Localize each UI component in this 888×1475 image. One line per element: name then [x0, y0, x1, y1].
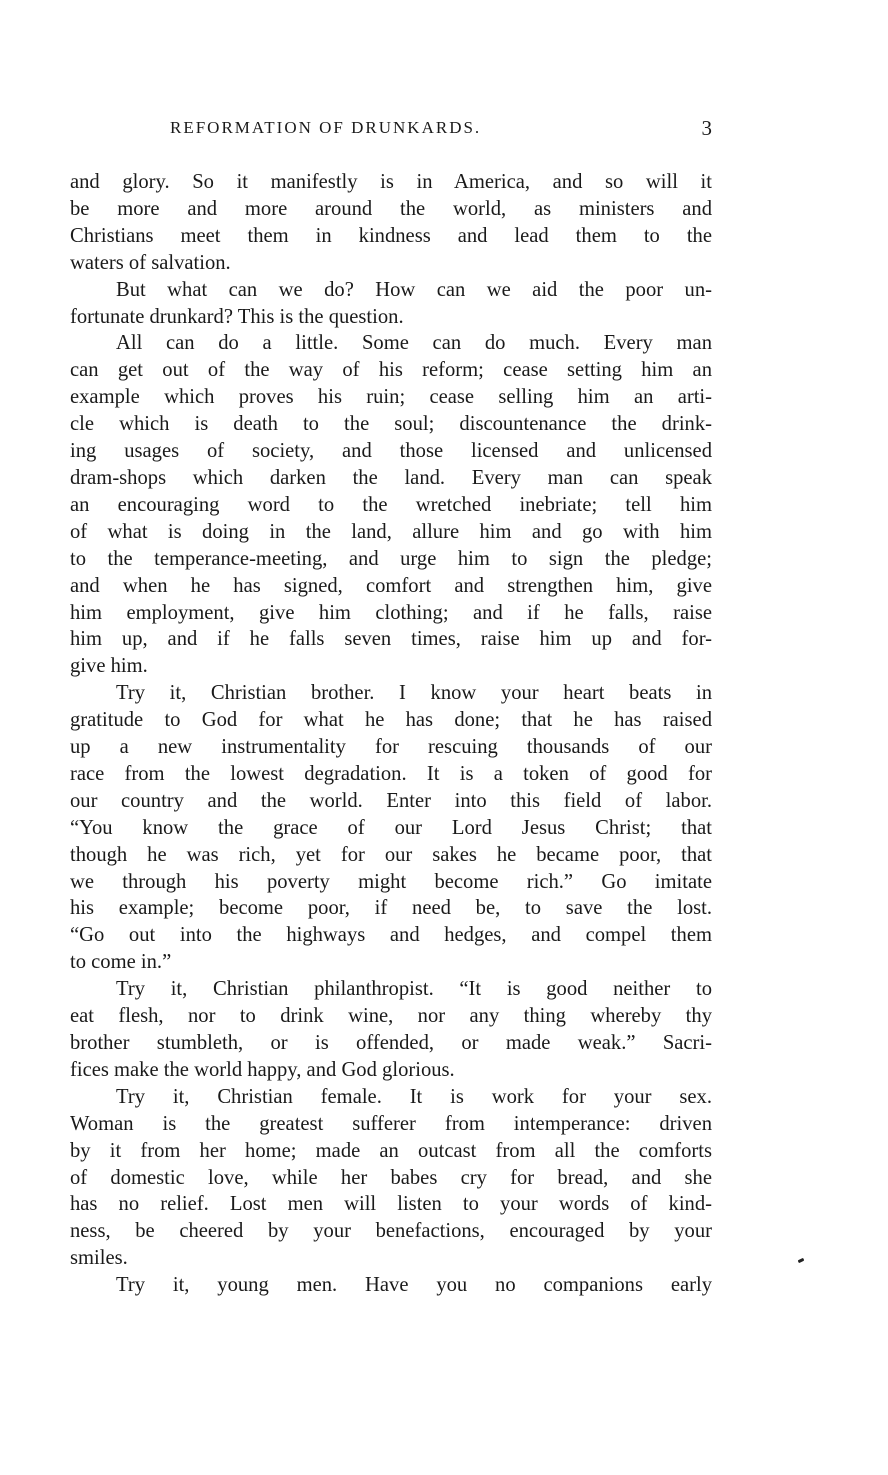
paragraph: Try it, Christian brother. I know your h… [70, 680, 712, 976]
text-line: him employment, give him clothing; and i… [70, 600, 712, 627]
paragraph: Try it, young men. Have you no companion… [70, 1272, 712, 1299]
text-line: our country and the world. Enter into th… [70, 788, 712, 815]
text-line: ness, be cheered by your benefactions, e… [70, 1218, 712, 1245]
text-line: we through his poverty might become rich… [70, 869, 712, 896]
text-line: Try it, Christian brother. I know your h… [70, 680, 712, 707]
text-line: of what is doing in the land, allure him… [70, 519, 712, 546]
text-line: to the temperance-meeting, and urge him … [70, 546, 712, 573]
text-line: gratitude to God for what he has done; t… [70, 707, 712, 734]
text-line: Christians meet them in kindness and lea… [70, 223, 712, 250]
paragraph: Try it, Christian female. It is work for… [70, 1084, 712, 1272]
text-line: “You know the grace of our Lord Jesus Ch… [70, 815, 712, 842]
book-page: REFORMATION OF DRUNKARDS. 3 and glory. S… [70, 116, 712, 1299]
text-line: But what can we do? How can we aid the p… [70, 277, 712, 304]
text-line: Try it, Christian philanthropist. “It is… [70, 976, 712, 1003]
text-line: to come in.” [70, 949, 712, 976]
text-line: fortunate drunkard? This is the question… [70, 304, 712, 331]
text-line: brother stumbleth, or is offended, or ma… [70, 1030, 712, 1057]
text-line: up a new instrumentality for rescuing th… [70, 734, 712, 761]
text-line: and when he has signed, comfort and stre… [70, 573, 712, 600]
text-line: “Go out into the highways and hedges, an… [70, 922, 712, 949]
print-speck [798, 1258, 805, 1263]
text-line: his example; become poor, if need be, to… [70, 895, 712, 922]
running-header: REFORMATION OF DRUNKARDS. 3 [70, 116, 712, 146]
text-line: All can do a little. Some can do much. E… [70, 330, 712, 357]
paragraph: But what can we do? How can we aid the p… [70, 277, 712, 331]
text-line: dram-shops which darken the land. Every … [70, 465, 712, 492]
text-line: Try it, Christian female. It is work for… [70, 1084, 712, 1111]
text-line: waters of salvation. [70, 250, 712, 277]
text-line: ing usages of society, and those license… [70, 438, 712, 465]
text-line: though he was rich, yet for our sakes he… [70, 842, 712, 869]
text-line: Woman is the greatest sufferer from inte… [70, 1111, 712, 1138]
page-number: 3 [702, 116, 713, 141]
body-text: and glory. So it manifestly is in Americ… [70, 169, 712, 1299]
text-line: give him. [70, 653, 712, 680]
text-line: has no relief. Lost men will listen to y… [70, 1191, 712, 1218]
running-title: REFORMATION OF DRUNKARDS. [170, 118, 481, 138]
text-line: him up, and if he falls seven times, rai… [70, 626, 712, 653]
paragraph: All can do a little. Some can do much. E… [70, 330, 712, 680]
text-line: race from the lowest degradation. It is … [70, 761, 712, 788]
text-line: cle which is death to the soul; discount… [70, 411, 712, 438]
text-line: an encouraging word to the wretched ineb… [70, 492, 712, 519]
text-line: smiles. [70, 1245, 712, 1272]
text-line: fices make the world happy, and God glor… [70, 1057, 712, 1084]
text-line: can get out of the way of his reform; ce… [70, 357, 712, 384]
paragraph: and glory. So it manifestly is in Americ… [70, 169, 712, 277]
text-line: be more and more around the world, as mi… [70, 196, 712, 223]
text-line: example which proves his ruin; cease sel… [70, 384, 712, 411]
text-line: Try it, young men. Have you no companion… [70, 1272, 712, 1299]
paragraph: Try it, Christian philanthropist. “It is… [70, 976, 712, 1084]
text-line: eat flesh, nor to drink wine, nor any th… [70, 1003, 712, 1030]
text-line: and glory. So it manifestly is in Americ… [70, 169, 712, 196]
text-line: by it from her home; made an outcast fro… [70, 1138, 712, 1165]
text-line: of domestic love, while her babes cry fo… [70, 1165, 712, 1192]
